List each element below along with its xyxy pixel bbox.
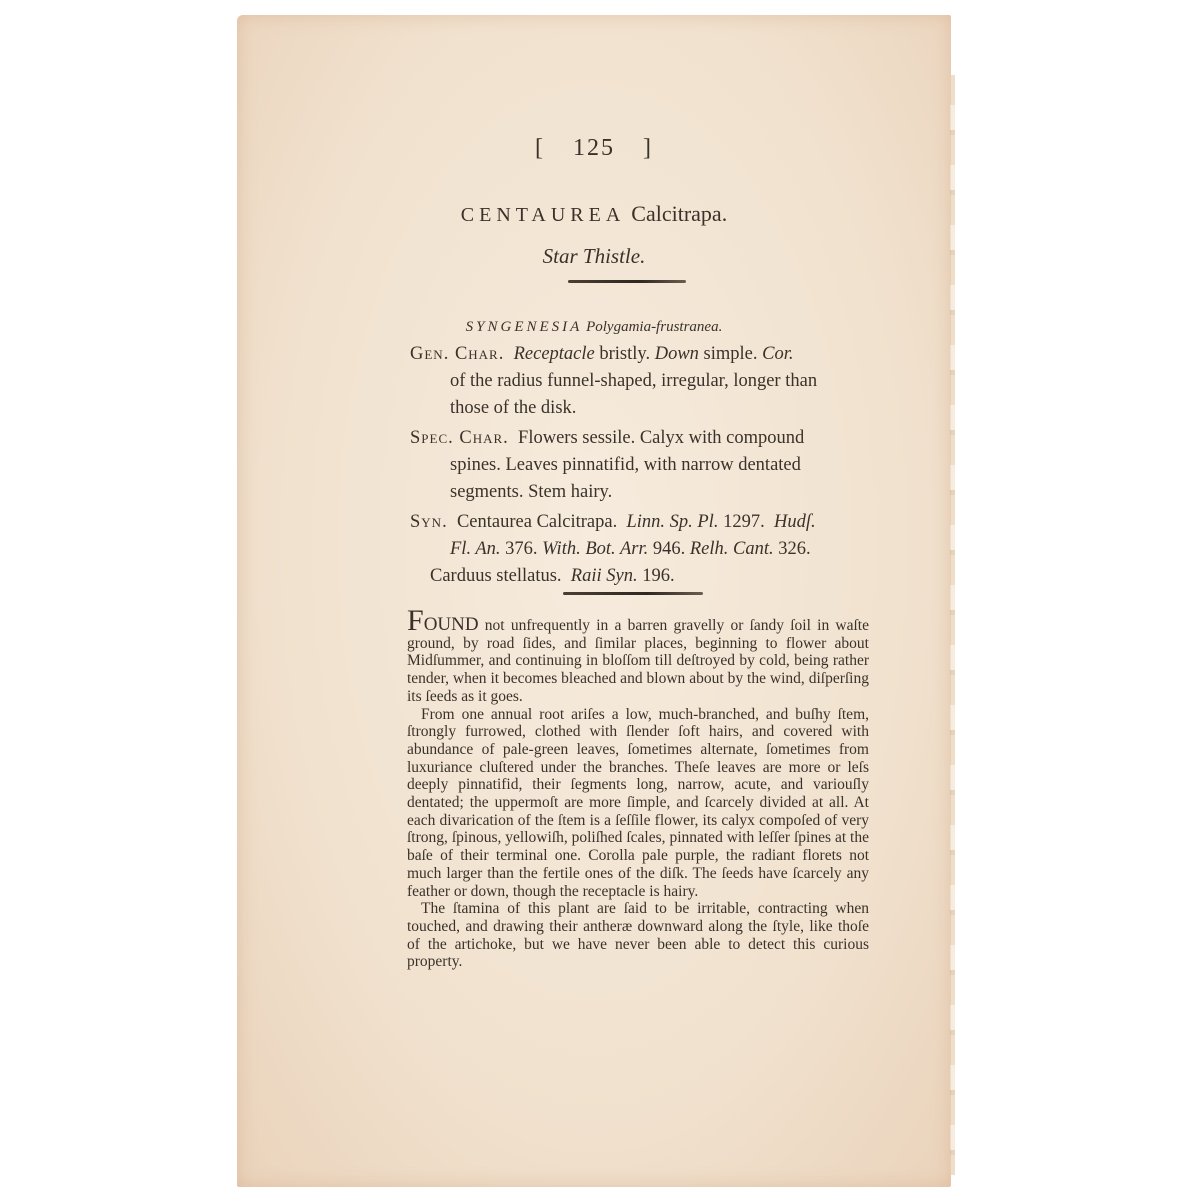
syn-reference: Fl. An.	[450, 539, 501, 559]
synonyms: Syn. Centaurea Calcitrapa. Linn. Sp. Pl.…	[410, 509, 816, 590]
gen-char-term: Cor.	[762, 344, 793, 364]
gen-char-term: Down	[655, 344, 699, 364]
divider-bottom	[563, 592, 703, 595]
gen-char-line: of the radius funnel-shaped, irregular, …	[410, 368, 817, 395]
syn-reference: Raii Syn.	[571, 566, 638, 586]
divider-top	[568, 280, 686, 283]
description-paragraph-2: From one annual root ariſes a low, much-…	[407, 706, 869, 901]
gen-char-text: bristly.	[595, 344, 655, 364]
page-number-value: 125	[573, 135, 615, 161]
linnaean-class: SYNGENESIA	[466, 319, 583, 335]
syn-label: Syn.	[410, 512, 448, 532]
common-name: Star Thistle.	[237, 244, 951, 269]
specific-character: Spec. Char. Flowers sessile. Calyx with …	[410, 425, 804, 506]
gen-char-text: simple.	[699, 344, 762, 364]
spec-char-line: spines. Leaves pinnatifid, with narrow d…	[410, 452, 804, 479]
generic-character: Gen. Char. Receptacle bristly. Down simp…	[410, 341, 817, 422]
syn-page: 1297.	[723, 512, 765, 532]
linnaean-order: Polygamia-frustranea.	[586, 319, 722, 335]
bracket-right: ]	[643, 135, 653, 161]
syn-name: Centaurea Calcitrapa.	[457, 512, 617, 532]
genus-name: CENTAUREA	[461, 204, 626, 226]
syn-reference: Linn. Sp. Pl.	[626, 512, 718, 532]
page-title: CENTAUREACalcitrapa.	[237, 201, 951, 227]
description-paragraph-3: The ſtamina of this plant are ſaid to be…	[407, 900, 869, 971]
species-name: Calcitrapa.	[631, 201, 727, 226]
syn-page: 946.	[653, 539, 685, 559]
syn-page: 196.	[642, 566, 674, 586]
spec-char-label: Spec. Char.	[410, 428, 509, 448]
lead-caps: OUND	[424, 614, 479, 635]
gen-char-line: those of the disk.	[410, 395, 817, 422]
description-paragraph-1: FOUND not unfrequently in a barren grave…	[407, 611, 869, 706]
gen-char-term: Receptacle	[514, 344, 595, 364]
bracket-left: [	[535, 135, 545, 161]
spec-char-line: segments. Stem hairy.	[410, 479, 804, 506]
description-body: FOUND not unfrequently in a barren grave…	[407, 611, 869, 971]
book-page: [125] CENTAUREACalcitrapa. Star Thistle.…	[237, 15, 951, 1187]
spec-char-line: Flowers sessile. Calyx with compound	[518, 428, 804, 448]
gen-char-label: Gen. Char.	[410, 344, 504, 364]
page-number: [125]	[237, 135, 951, 162]
syn-page: 376.	[505, 539, 537, 559]
syn-page: 326.	[778, 539, 810, 559]
syn-name: Carduus stellatus.	[430, 566, 562, 586]
classification: SYNGENESIA Polygamia-frustranea.	[237, 319, 951, 336]
syn-reference: Hudſ.	[774, 512, 816, 532]
syn-reference: With. Bot. Arr.	[542, 539, 648, 559]
drop-cap: F	[407, 604, 424, 637]
syn-reference: Relh. Cant.	[690, 539, 774, 559]
